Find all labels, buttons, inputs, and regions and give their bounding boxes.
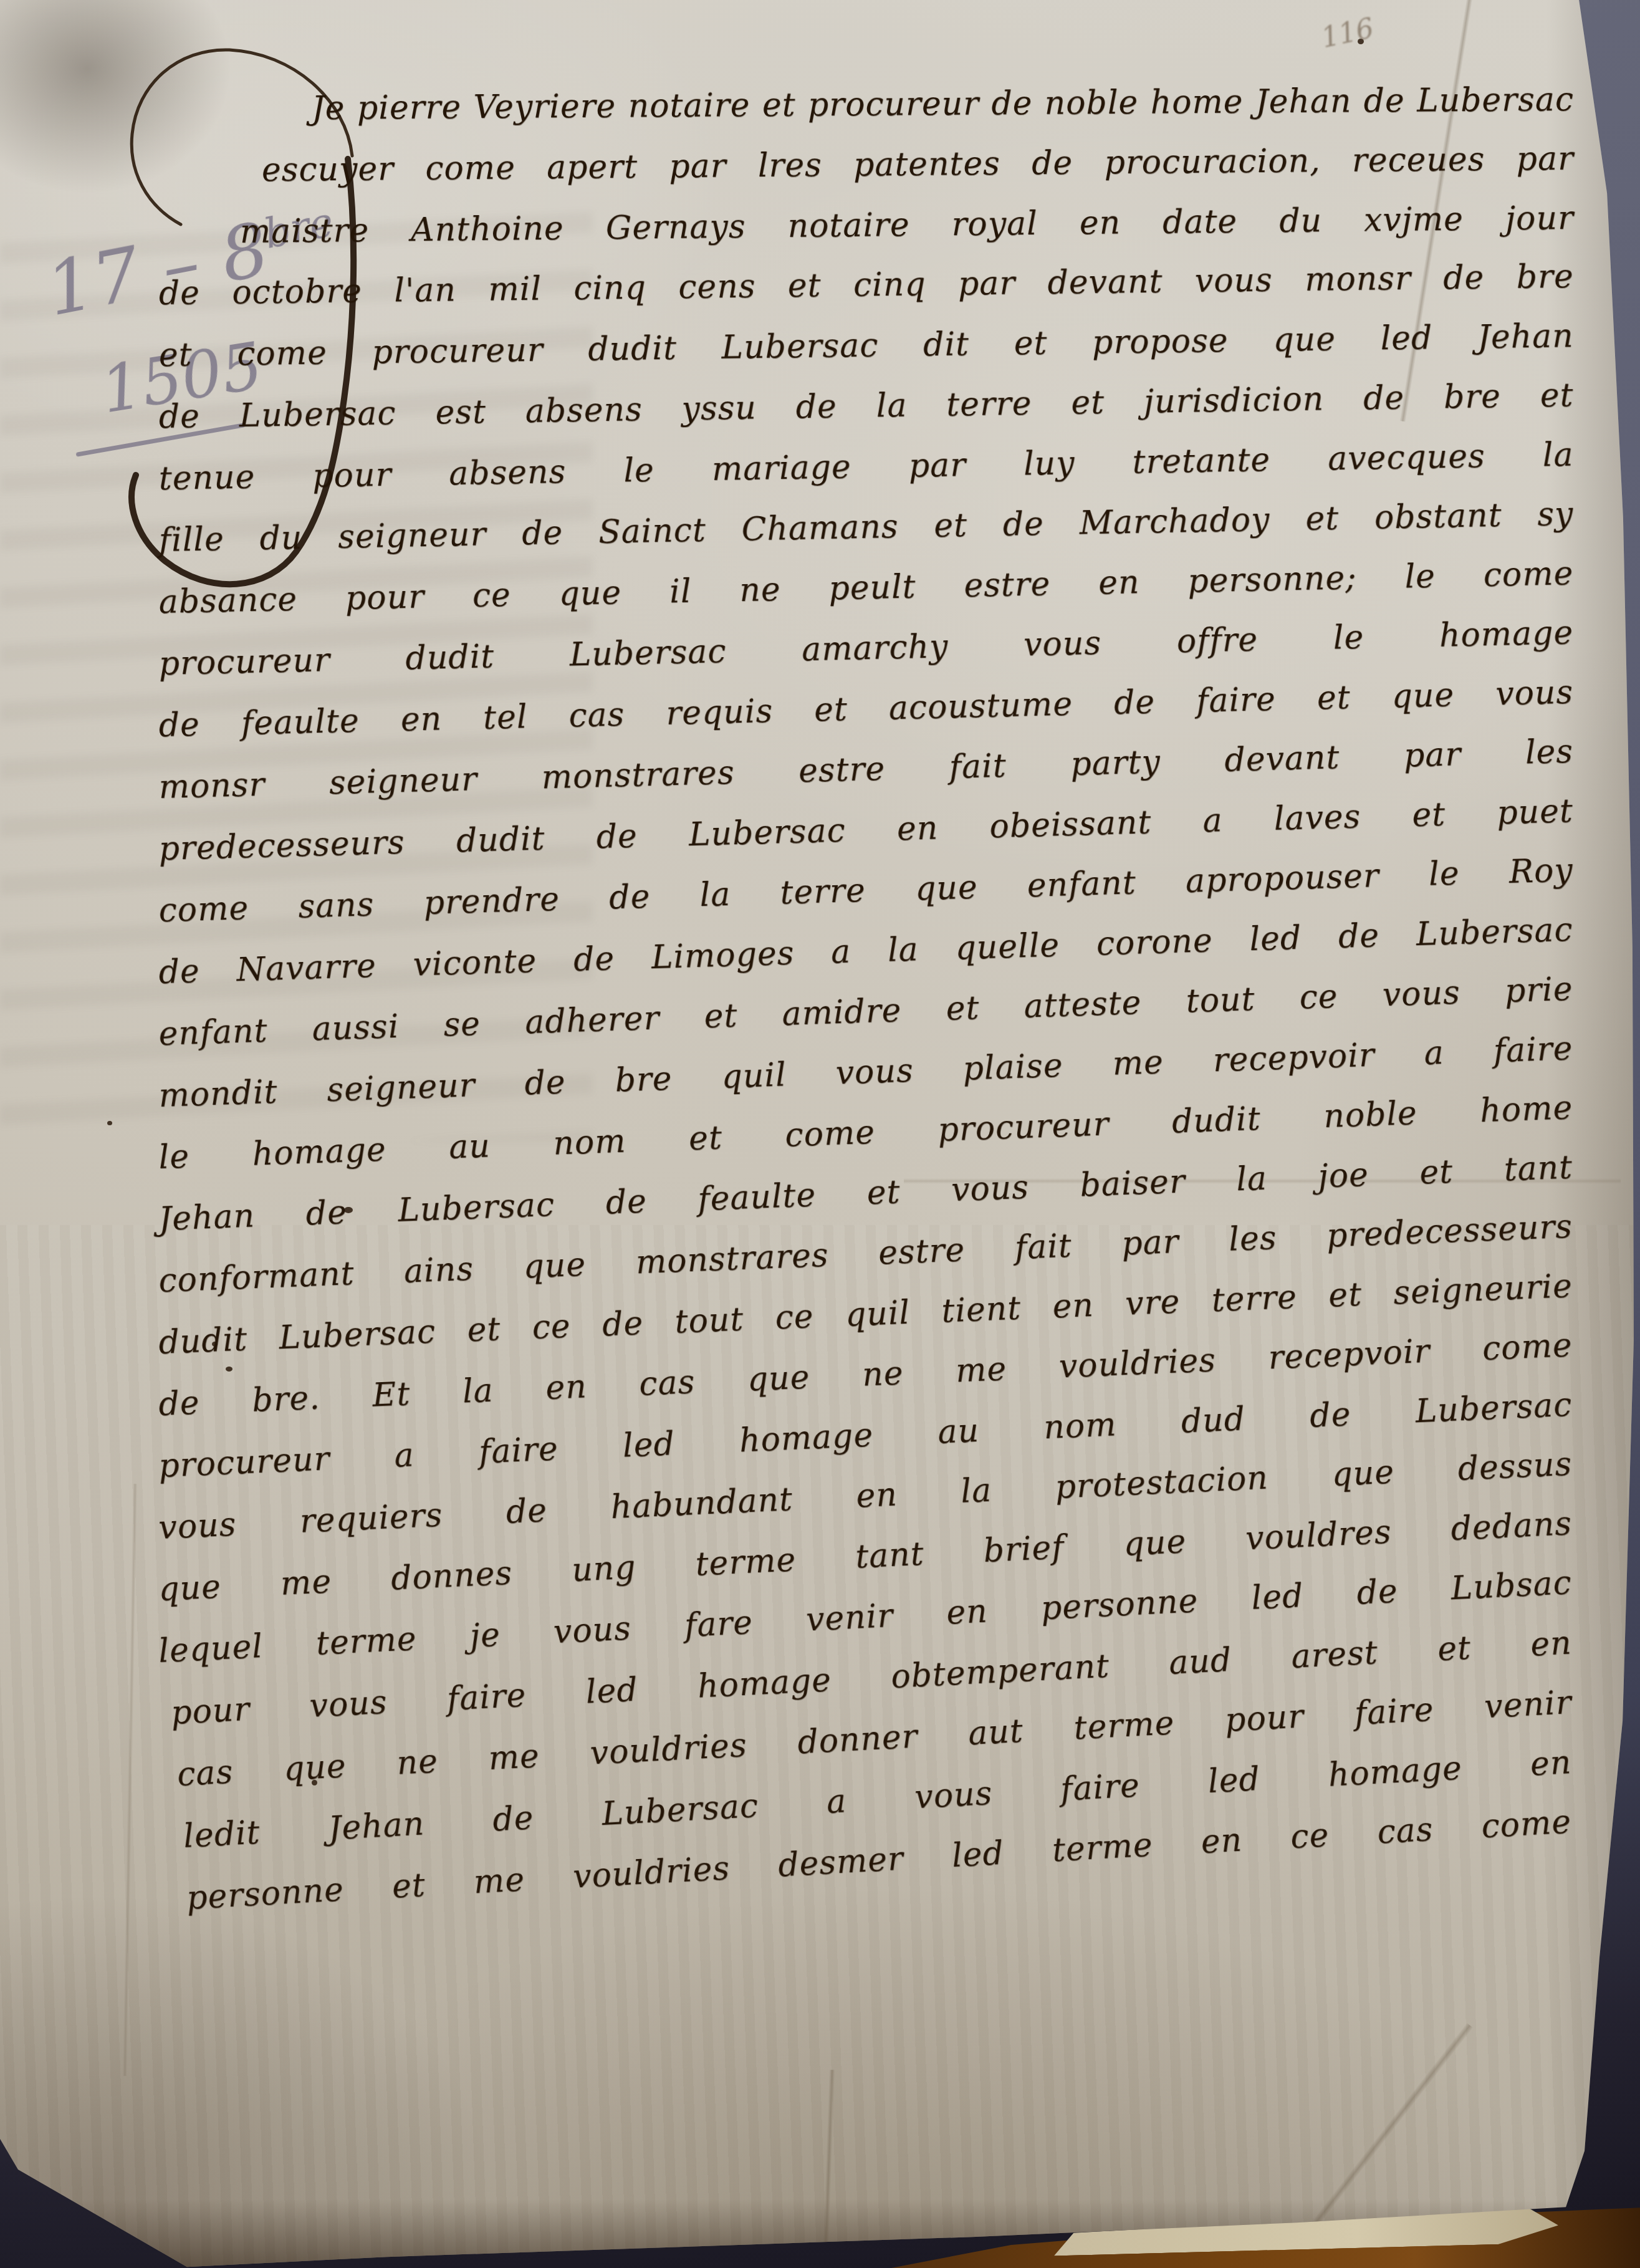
folio-number: 116	[1319, 12, 1377, 54]
ink-speck	[107, 1121, 112, 1125]
manuscript-page: 17 – 8bre 1505 116 Je pierre Veyriere no…	[0, 0, 1640, 2268]
manuscript-line: Je pierre Veyriere notaire et procureur …	[312, 71, 1575, 142]
photograph-scene: 17 – 8bre 1505 116 Je pierre Veyriere no…	[0, 0, 1640, 2268]
